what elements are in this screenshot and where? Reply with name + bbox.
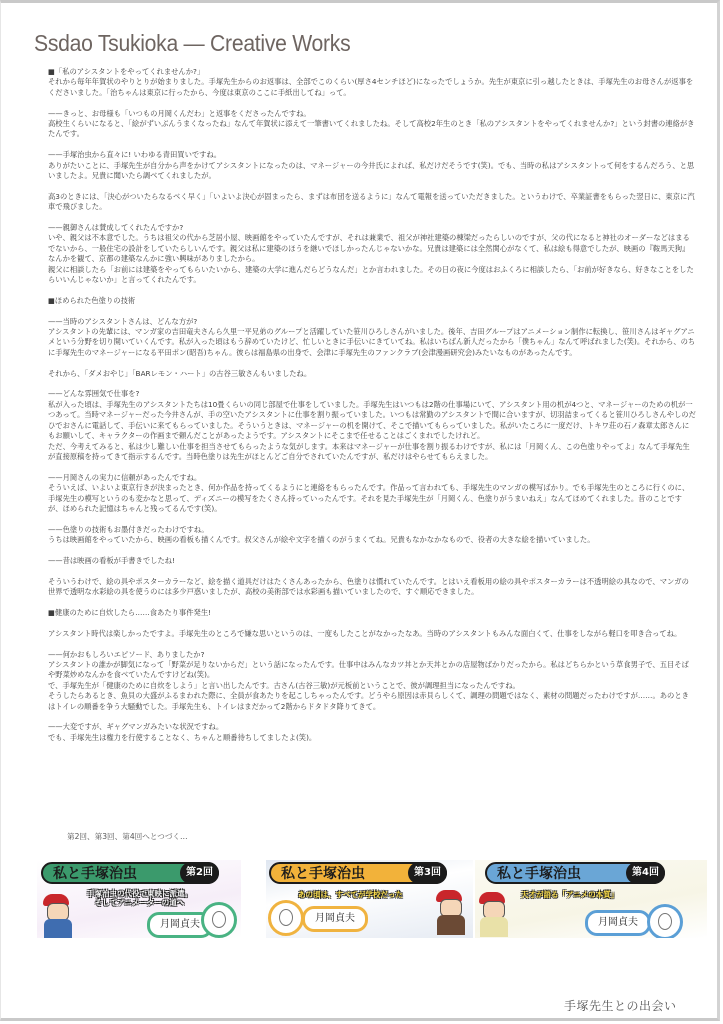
- interview-question: ——色塗りの技術もお墨付きだったわけですね。: [48, 525, 696, 535]
- author-name: 月岡貞夫: [585, 910, 651, 936]
- page-title: Ssdao Tsukioka — Creative Works: [34, 30, 350, 57]
- author-portrait-icon: [268, 900, 304, 936]
- interview-question: ——何かおもしろいエピソード、ありましたか?: [48, 650, 696, 660]
- continuation-note: 第2回、第3回、第4回へとつづく…: [67, 831, 188, 842]
- paragraph: それから、「ダメおやじ」「BARレモン・ハート」の古谷三敏さんもいましたね。: [48, 369, 696, 379]
- interview-question: ——親御さんは賛成してくれたんですか?: [48, 223, 696, 233]
- banner-subtitle: あの頃は、すべてが学校だった: [298, 890, 403, 899]
- paragraph-gap: [48, 181, 696, 191]
- interview-question: ——大変ですが、ギャグマンガみたいな状況ですね。: [48, 722, 696, 732]
- footer-caption: 手塚先生との出会い: [564, 997, 677, 1014]
- paragraph-gap: [48, 618, 696, 628]
- paragraph-gap: [48, 379, 696, 389]
- paragraph-gap: [48, 566, 696, 576]
- paragraph-gap: [48, 213, 696, 223]
- paragraph: でも、手塚先生は権力を行使することなく、ちゃんと順番待ちしてましたよ(笑)。: [48, 733, 696, 743]
- episode-badge: 第2回: [180, 862, 219, 884]
- section-heading: ■「私のアシスタントをやってくれませんか?」: [48, 67, 696, 77]
- character-illustration-icon: [43, 894, 73, 938]
- banner-episode-3[interactable]: 私と手塚治虫 第3回 あの頃は、すべてが学校だった 月岡貞夫: [266, 860, 473, 938]
- paragraph: いや、親父は不本意でした。うちは祖父の代から芝居小屋、映画館をやっていたんですが…: [48, 233, 696, 264]
- paragraph-gap: [48, 140, 696, 150]
- character-illustration-icon: [479, 892, 509, 936]
- paragraph: で、手塚先生が「健康のために自炊をしよう」と言い出したんです。古さん(古谷三敏)…: [48, 681, 696, 691]
- episode-badge: 第4回: [626, 862, 665, 884]
- section-heading: ■ほめられた色塗りの技術: [48, 296, 696, 306]
- episode-badge: 第3回: [408, 862, 447, 884]
- banner-title: 私と手塚治虫: [53, 866, 137, 882]
- interview-question: ——当時のアシスタントさんは、どんな方が?: [48, 317, 696, 327]
- paragraph: そういうわけで、絵の具やポスターカラーなど、絵を描く道具だけはたくさんあったから…: [48, 577, 696, 598]
- banner-row: 私と手塚治虫 第2回 手塚治虫の代役で東映に派遣。 そしてアニメーターの道へ 月…: [37, 860, 707, 938]
- paragraph-gap: [48, 514, 696, 524]
- interview-question: ——きっと、お母様も「いつもの月岡くんだわ」と返事をくださったんですね。: [48, 109, 696, 119]
- banner-title-pill: 私と手塚治虫 第2回: [41, 862, 219, 884]
- banner-title-pill: 私と手塚治虫 第4回: [485, 862, 665, 884]
- paragraph: そうしたらあるとき、魚貝の大盛がふるまわれた際に、全員が食あたりを起こしちゃった…: [48, 691, 696, 712]
- paragraph: 親父に相談したら「お前には建築をやってもらいたいから、建築の大学に進んだらどうな…: [48, 265, 696, 286]
- paragraph-gap: [48, 358, 696, 368]
- banner-subtitle-line: そしてアニメーターの道へ: [87, 898, 192, 907]
- banner-episode-4[interactable]: 私と手塚治虫 第4回 天才が語る「アニメの本質」 月岡貞夫: [475, 860, 707, 938]
- banner-subtitle: 天才が語る「アニメの本質」: [521, 890, 618, 899]
- interview-question: ——昔は映画の看板が手書きでしたね!: [48, 556, 696, 566]
- paragraph: 高3のときには、「決心がついたらなるべく早く」「いよいよ決心が固まったら、まずは…: [48, 192, 696, 213]
- paragraph: うちは映画館をやっていたから、映画の看板も描くんです。叔父さんが絵や文字を描くの…: [48, 535, 696, 545]
- paragraph: アシスタント時代は楽しかったですよ。手塚先生のところで嫌な思いというのは、一度も…: [48, 629, 696, 639]
- paragraph-gap: [48, 306, 696, 316]
- paragraph: それから毎年年賀状のやりとりが始まりました。手塚先生からのお返事は、全部でこのく…: [48, 77, 696, 98]
- paragraph-gap: [48, 712, 696, 722]
- paragraph-gap: [48, 462, 696, 472]
- banner-title: 私と手塚治虫: [281, 866, 365, 882]
- paragraph-gap: [48, 639, 696, 649]
- paragraph: そういえば、いよいよ東京行きが決まったとき、何か作品を持ってくるようにと連絡をも…: [48, 483, 696, 514]
- banner-episode-2[interactable]: 私と手塚治虫 第2回 手塚治虫の代役で東映に派遣。 そしてアニメーターの道へ 月…: [37, 860, 241, 938]
- paragraph: 高校生くらいになると、「絵がずいぶんうまくなったね」なんて年賀状に添えて一筆書い…: [48, 119, 696, 140]
- section-heading: ■健康のために自炊したら……食あたり事件発生!: [48, 608, 696, 618]
- paragraph: アシスタントの先輩には、マンガ家の吉田竜夫さんら久里一平兄弟のグループと活躍して…: [48, 327, 696, 358]
- paragraph: アシスタントの誰かが脚気になって「野菜が足りないからだ」という話になったんです。…: [48, 660, 696, 681]
- interview-question: ——手塚治虫から直々に! いわゆる青田買いですね。: [48, 150, 696, 160]
- character-illustration-icon: [436, 890, 466, 934]
- paragraph-gap: [48, 546, 696, 556]
- author-name: 月岡貞夫: [302, 906, 368, 932]
- article-body: ■「私のアシスタントをやってくれませんか?」それから毎年年賀状のやりとりが始まり…: [48, 67, 696, 743]
- paragraph: ありがたいことに、手塚先生が自分から声をかけてアシスタントになったのは、マネージ…: [48, 161, 696, 182]
- paragraph-gap: [48, 598, 696, 608]
- banner-subtitle-line: 手塚治虫の代役で東映に派遣。: [87, 889, 192, 898]
- paragraph: 私が入った頃は、手塚先生のアシスタントたちは10畳くらいの同じ部屋で仕事をしてい…: [48, 400, 696, 442]
- paragraph-gap: [48, 285, 696, 295]
- banner-subtitle: 手塚治虫の代役で東映に派遣。 そしてアニメーターの道へ: [87, 889, 192, 907]
- author-portrait-icon: [201, 902, 237, 938]
- author-portrait-icon: [647, 904, 683, 938]
- document-page: Ssdao Tsukioka — Creative Works ■「私のアシスタ…: [0, 0, 720, 1021]
- paragraph: ただ、今考えてみると、私は少し難しい仕事を担当させてもらったような気がします。本…: [48, 442, 696, 463]
- interview-question: ——月岡さんの実力に信頼があったんですね。: [48, 473, 696, 483]
- banner-title-pill: 私と手塚治虫 第3回: [269, 862, 447, 884]
- banner-title: 私と手塚治虫: [497, 866, 581, 882]
- interview-question: ——どんな雰囲気で仕事を?: [48, 389, 696, 399]
- paragraph-gap: [48, 98, 696, 108]
